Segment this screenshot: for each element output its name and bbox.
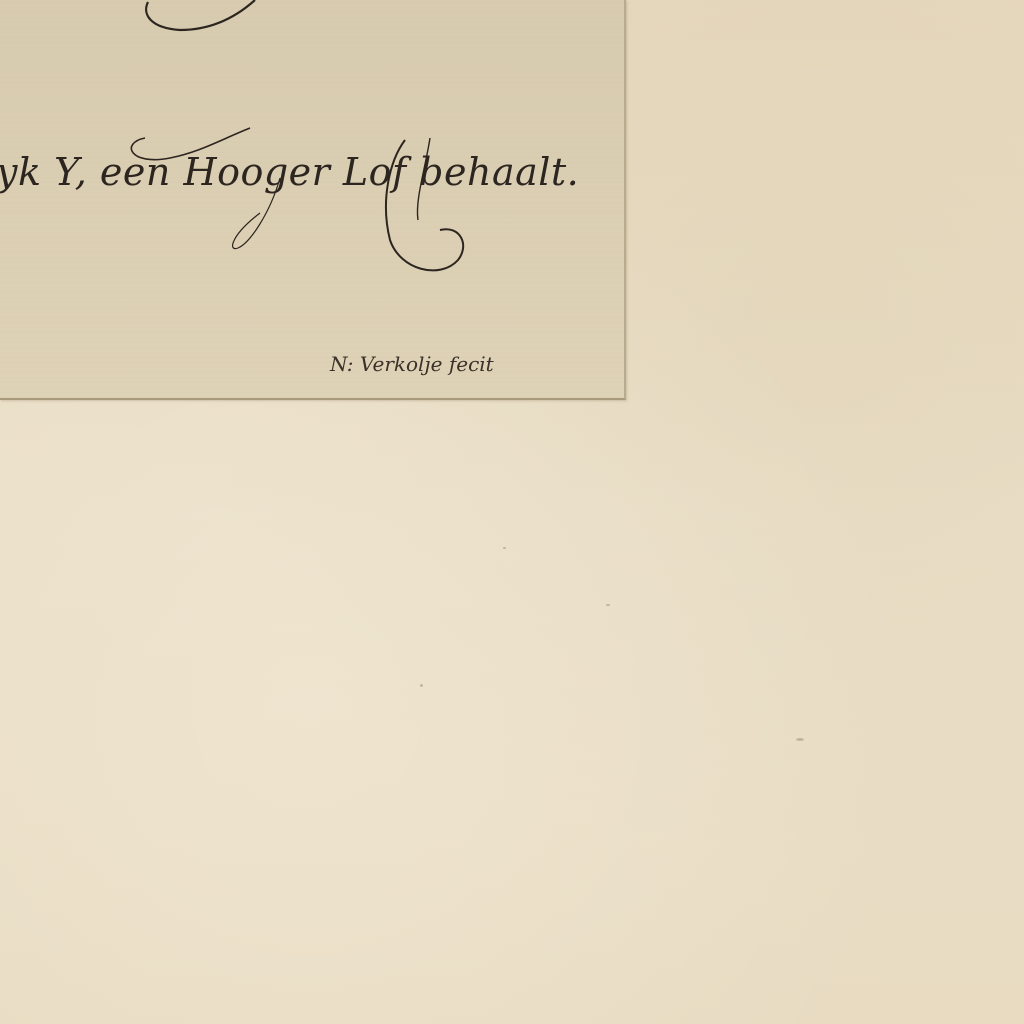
paper-speck [503,547,506,549]
paper-speck [796,738,804,741]
engraver-signature: N: Verkolje fecit [330,352,494,376]
paper-speck [420,684,423,687]
paper-speck [606,604,610,606]
inscription-line: yk Y, een Hooger Lof behaalt. [0,150,579,194]
top-flourish-ornament [140,0,280,36]
engraved-plate-area: yk Y, een Hooger Lof behaalt. N: Verkolj… [0,0,626,400]
